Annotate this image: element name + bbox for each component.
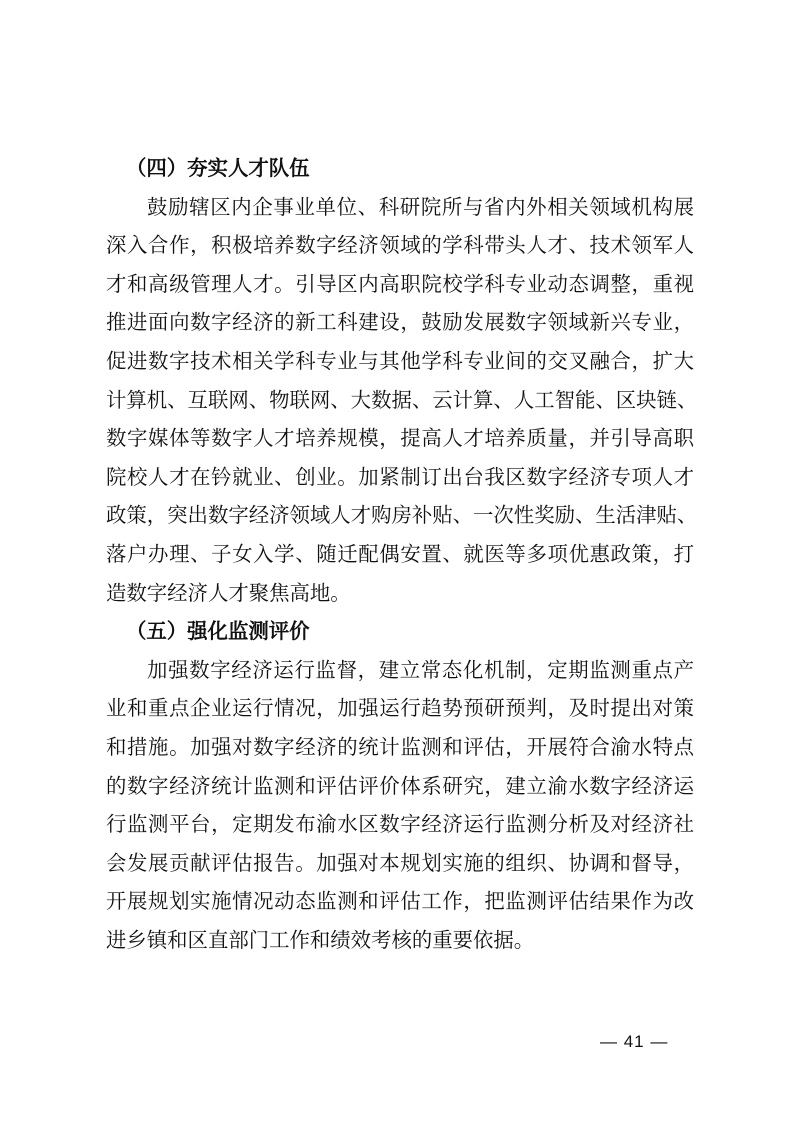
paragraph-line: 加强数字经济运行监督，建立常态化机制，定期监测重点产 <box>106 651 694 690</box>
paragraph-line: 会发展贡献评估报告。加强对本规划实施的组织、协调和督导， <box>106 844 694 883</box>
page-number: — 41 — <box>600 1032 668 1052</box>
paragraph-line: 进乡镇和区直部门工作和绩效考核的重要依据。 <box>106 921 694 960</box>
paragraph-line: 深入合作，积极培养数字经济领域的学科带头人才、技术领军人 <box>106 226 694 265</box>
paragraph-line: 才和高级管理人才。引导区内高职院校学科专业动态调整，重视 <box>106 265 694 304</box>
paragraph-line: 行监测平台，定期发布渝水区数字经济运行监测分析及对经济社 <box>106 805 694 844</box>
paragraph-line: 计算机、互联网、物联网、大数据、云计算、人工智能、区块链、 <box>106 381 694 420</box>
paragraph-line: 和措施。加强对数字经济的统计监测和评估，开展符合渝水特点 <box>106 728 694 767</box>
paragraph-line: 业和重点企业运行情况，加强运行趋势预研预判，及时提出对策 <box>106 689 694 728</box>
paragraph-line: 政策，突出数字经济领域人才购房补贴、一次性奖励、生活津贴、 <box>106 496 694 535</box>
paragraph-line: 数字媒体等数字人才培养规模，提高人才培养质量，并引导高职 <box>106 419 694 458</box>
paragraph-line: 推进面向数字经济的新工科建设，鼓励发展数字领域新兴专业， <box>106 303 694 342</box>
section-heading-4: （四）夯实人才队伍 <box>106 149 694 188</box>
paragraph-line: 鼓励辖区内企事业单位、科研院所与省内外相关领域机构展 <box>106 188 694 227</box>
paragraph-line: 的数字经济统计监测和评估评价体系研究，建立渝水数字经济运 <box>106 767 694 806</box>
paragraph-line: 造数字经济人才聚焦高地。 <box>106 574 694 613</box>
paragraph-line: 促进数字技术相关学科专业与其他学科专业间的交叉融合，扩大 <box>106 342 694 381</box>
paragraph-line: 院校人才在钤就业、创业。加紧制订出台我区数字经济专项人才 <box>106 458 694 497</box>
document-page: （四）夯实人才队伍 鼓励辖区内企事业单位、科研院所与省内外相关领域机构展 深入合… <box>106 149 694 959</box>
paragraph-line: 开展规划实施情况动态监测和评估工作，把监测评估结果作为改 <box>106 882 694 921</box>
paragraph-line: 落户办理、子女入学、随迁配偶安置、就医等多项优惠政策，打 <box>106 535 694 574</box>
section-heading-5: （五）强化监测评价 <box>106 612 694 651</box>
